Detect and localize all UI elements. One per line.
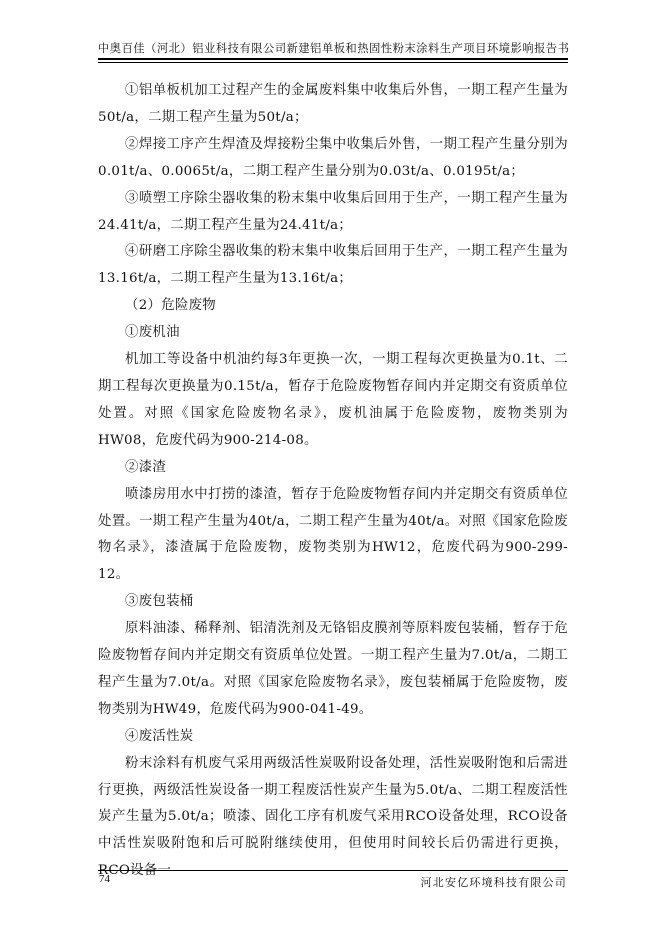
paragraph-metal-waste: ①铝单板机加工过程产生的金属废料集中收集后外售，一期工程产生量为50t/a，二期… — [98, 78, 568, 132]
body-text: ①铝单板机加工过程产生的金属废料集中收集后外售，一期工程产生量为50t/a，二期… — [98, 78, 568, 885]
subheading-waste-drums: ③废包装桶 — [98, 589, 568, 616]
paragraph-waste-drums: 原料油漆、稀释剂、铝清洗剂及无铬铝皮膜剂等原料废包装桶，暂存于危险废物暂存间内并… — [98, 616, 568, 724]
subheading-spent-carbon: ④废活性炭 — [98, 724, 568, 751]
paragraph-waste-oil: 机加工等设备中机油约每3年更换一次，一期工程每次更换量为0.1t、二期工程每次更… — [98, 347, 568, 455]
footer-rule — [98, 870, 568, 871]
subheading-waste-oil: ①废机油 — [98, 320, 568, 347]
paragraph-welding-slag: ②焊接工序产生焊渣及焊接粉尘集中收集后外售，一期工程产生量分别为0.01t/a、… — [98, 132, 568, 186]
paragraph-spent-carbon: 粉末涂料有机废气采用两级活性炭吸附设备处理，活性炭吸附饱和后需进行更换，两级活性… — [98, 751, 568, 886]
paragraph-spray-powder: ③喷塑工序除尘器收集的粉末集中收集后回用于生产，一期工程产生量为24.41t/a… — [98, 186, 568, 240]
paragraph-grinding-powder: ④研磨工序除尘器收集的粉末集中收集后回用于生产，一期工程产生量为13.16t/a… — [98, 239, 568, 293]
section-heading-hazardous-waste: （2）危险废物 — [98, 293, 568, 320]
subheading-paint-residue: ②漆渣 — [98, 455, 568, 482]
document-page: 中奥百佳（河北）铝业科技有限公司新建铝单板和热固性粉末涂料生产项目环境影响报告书… — [0, 0, 665, 939]
footer-company: 河北安亿环境科技有限公司 — [421, 874, 567, 890]
running-header: 中奥百佳（河北）铝业科技有限公司新建铝单板和热固性粉末涂料生产项目环境影响报告书 — [98, 40, 568, 56]
page-number: 74 — [99, 873, 110, 885]
header-rule-thin — [98, 62, 568, 63]
paragraph-paint-residue: 喷漆房用水中打捞的漆渣，暂存于危险废物暂存间内并定期交有资质单位处置。一期工程产… — [98, 482, 568, 590]
header-rule-thick — [98, 58, 568, 60]
